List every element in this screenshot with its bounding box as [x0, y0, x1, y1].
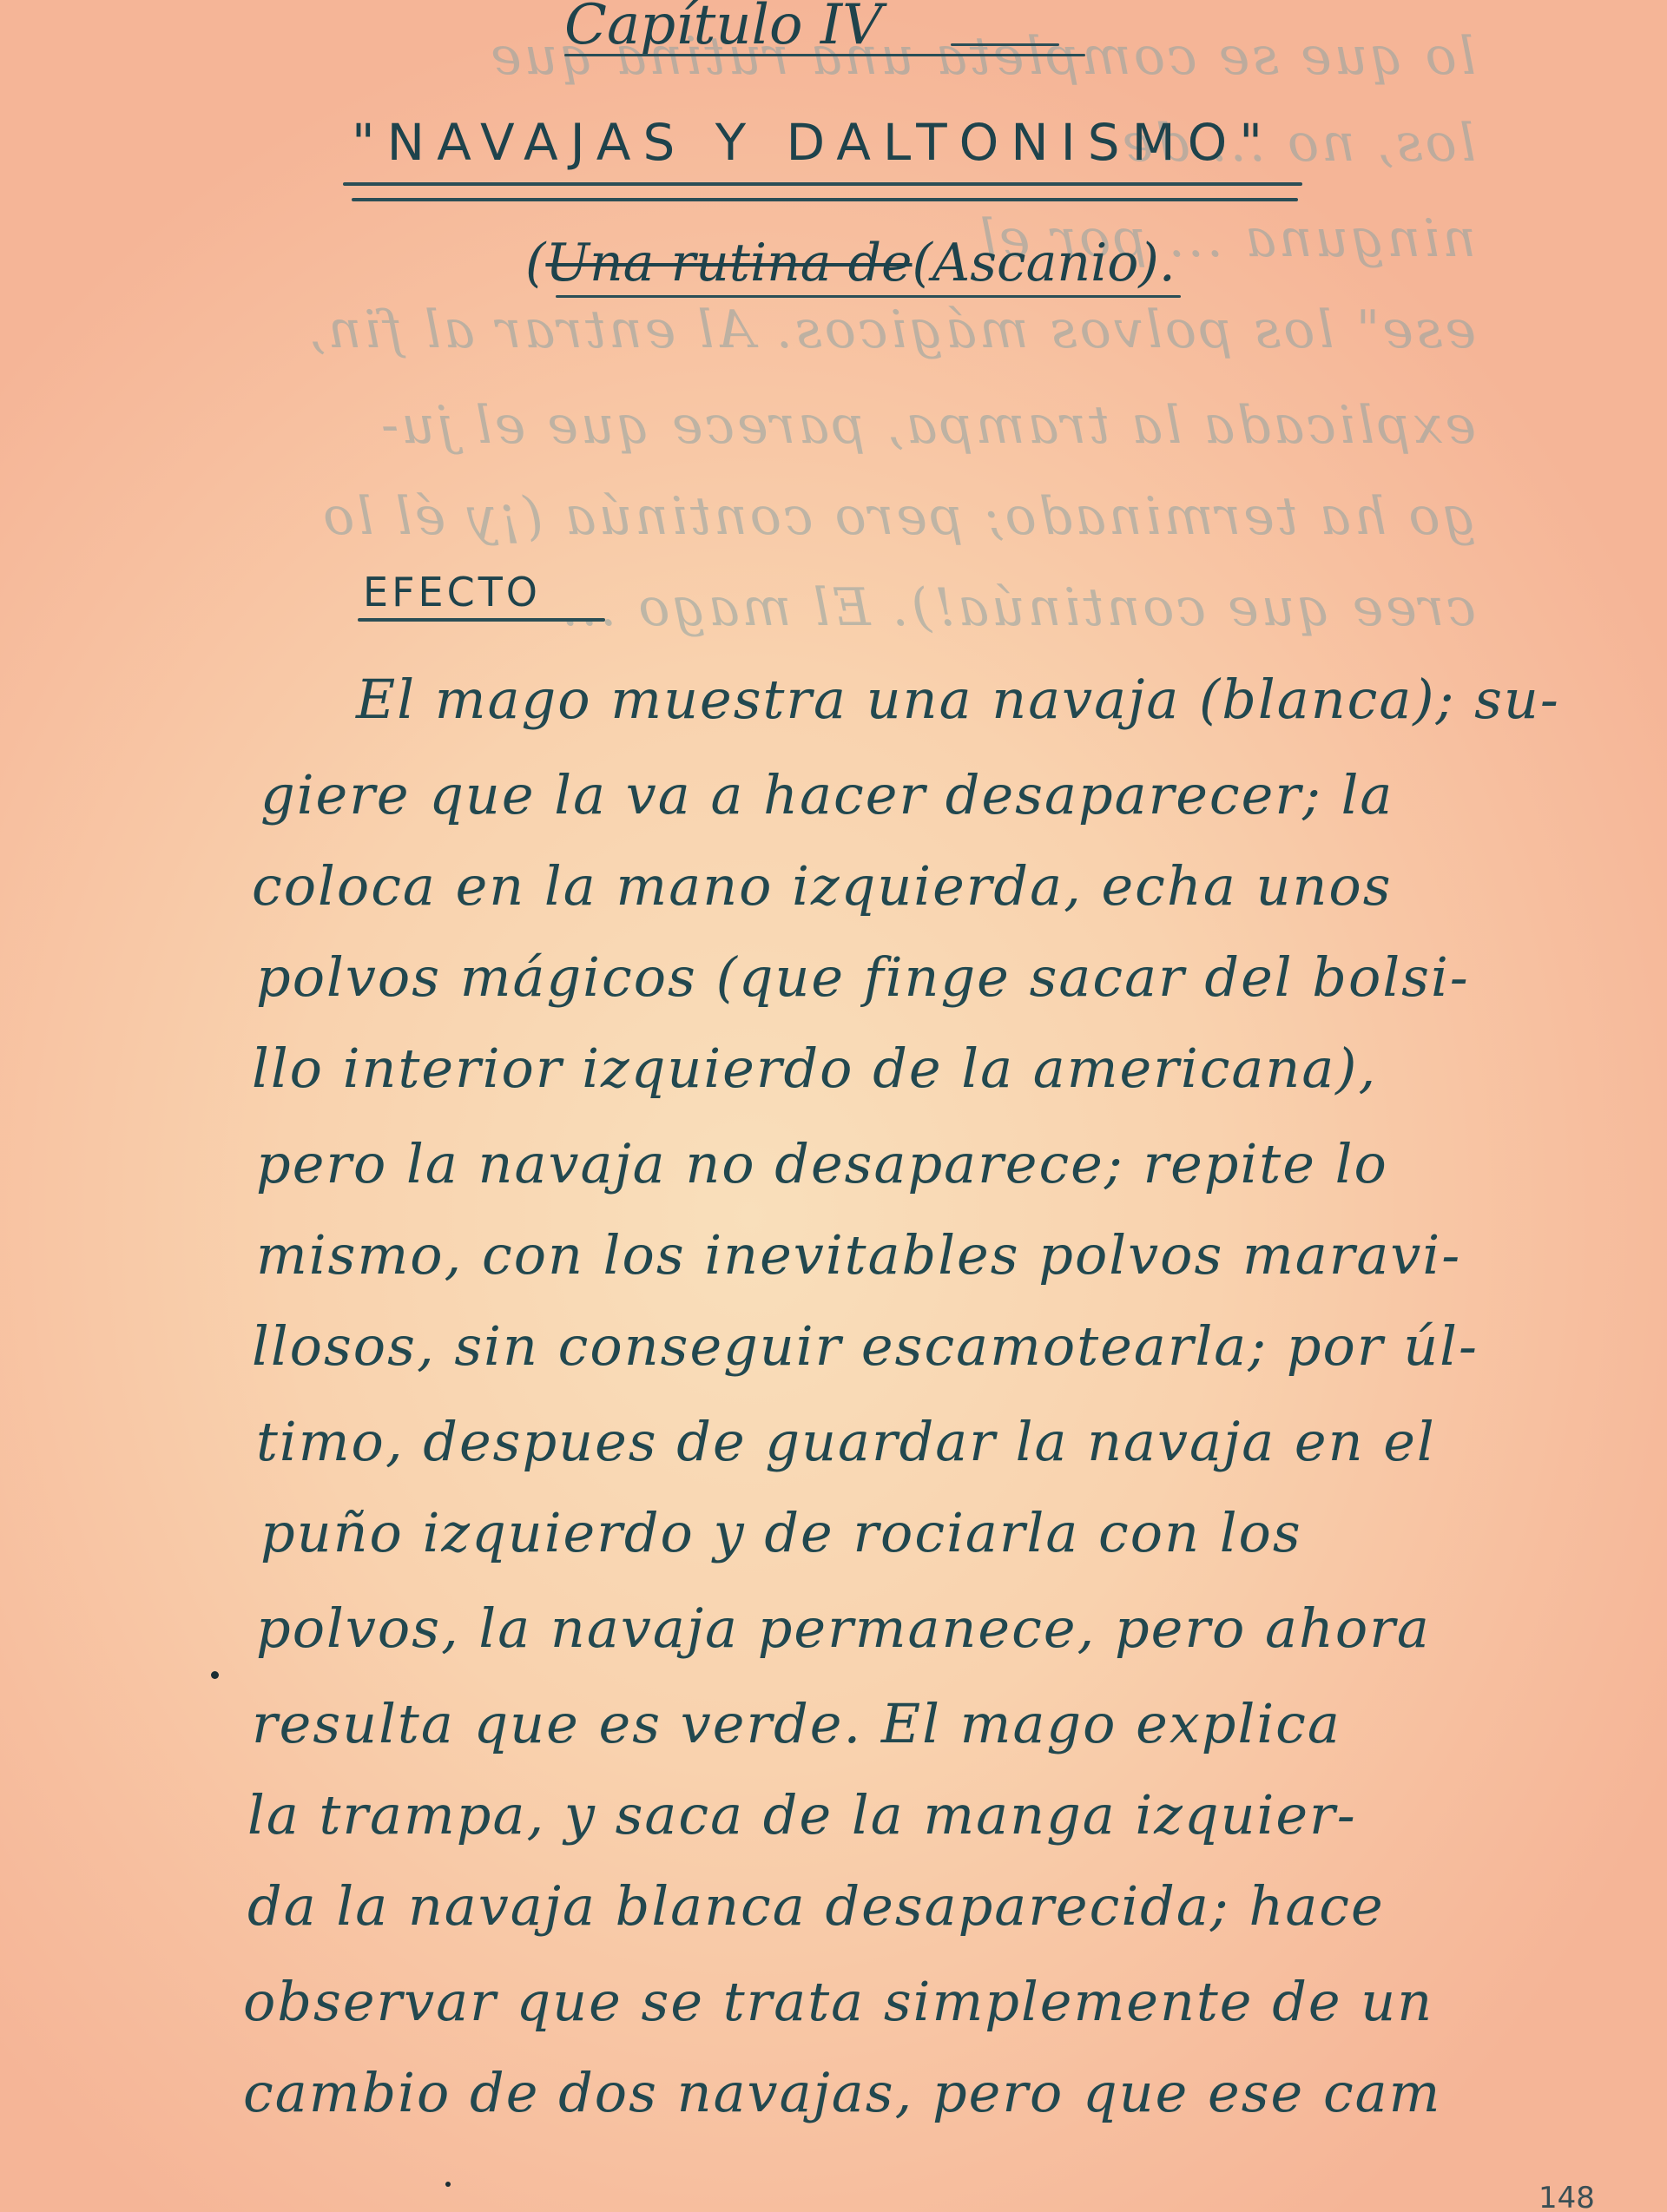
author-attribution: (Ascanio). — [913, 233, 1176, 293]
bleed-line: explicada la trampa, parece que el ju- — [379, 395, 1476, 456]
bleed-line: cree que continúa!). El mago ... — [559, 577, 1476, 638]
body-line: resulta que es verde. El mago explica — [252, 1697, 1341, 1751]
subtitle-underline — [556, 295, 1181, 298]
page-number: 148 — [1539, 2181, 1595, 2212]
manuscript-page: lo que se completa una rutina que los, n… — [0, 0, 1667, 2212]
body-line: da la navaja blanca desaparecida; hace — [247, 1880, 1385, 1933]
bleed-line: ese" los polvos mágicos. Al entrar al fi… — [306, 300, 1476, 360]
body-line: polvos mágicos (que finge sacar del bols… — [256, 951, 1470, 1004]
chapter-number-underline — [951, 43, 1059, 46]
body-line: llosos, sin conseguir escamotearla; por … — [252, 1320, 1479, 1373]
body-line: observar que se trata simplemente de un — [243, 1975, 1433, 2029]
title-underline-2 — [352, 198, 1298, 201]
document-title: "NAVAJAS Y DALTONISMO" — [352, 113, 1275, 172]
body-line: mismo, con los inevitables polvos maravi… — [256, 1228, 1461, 1282]
body-line: giere que la va a hacer desaparecer; la — [260, 768, 1394, 822]
body-line: puño izquierdo y de rociarla con los — [260, 1506, 1302, 1560]
subtitle-open-paren: ( — [525, 233, 545, 293]
section-heading: EFECTO — [363, 569, 541, 616]
struck-out-text: Una rutina de — [545, 233, 912, 293]
chapter-underline — [564, 54, 1085, 56]
bleed-line: go ha terminado; pero continúa (¡y él lo — [320, 486, 1476, 547]
body-line: la trampa, y saca de la manga izquier- — [247, 1788, 1357, 1842]
body-line: coloca en la mano izquierda, echa unos — [252, 859, 1393, 913]
body-line: polvos, la navaja permanece, pero ahora — [256, 1602, 1431, 1656]
ink-dot — [211, 1671, 219, 1679]
body-line: El mago muestra una navaja (blanca); su- — [356, 673, 1560, 727]
body-line: llo interior izquierdo de la americana), — [252, 1042, 1377, 1096]
body-line: pero la navaja no desaparece; repite lo — [256, 1137, 1388, 1191]
title-underline-1 — [343, 182, 1302, 186]
subtitle: (Una rutina de(Ascanio). — [525, 233, 1176, 293]
body-line: cambio de dos navajas, pero que ese cam — [243, 2066, 1441, 2120]
chapter-heading: Capítulo IV — [564, 0, 882, 57]
ink-dot — [445, 2182, 451, 2187]
section-underline — [358, 618, 605, 622]
body-line: timo, despues de guardar la navaja en el — [256, 1415, 1436, 1469]
